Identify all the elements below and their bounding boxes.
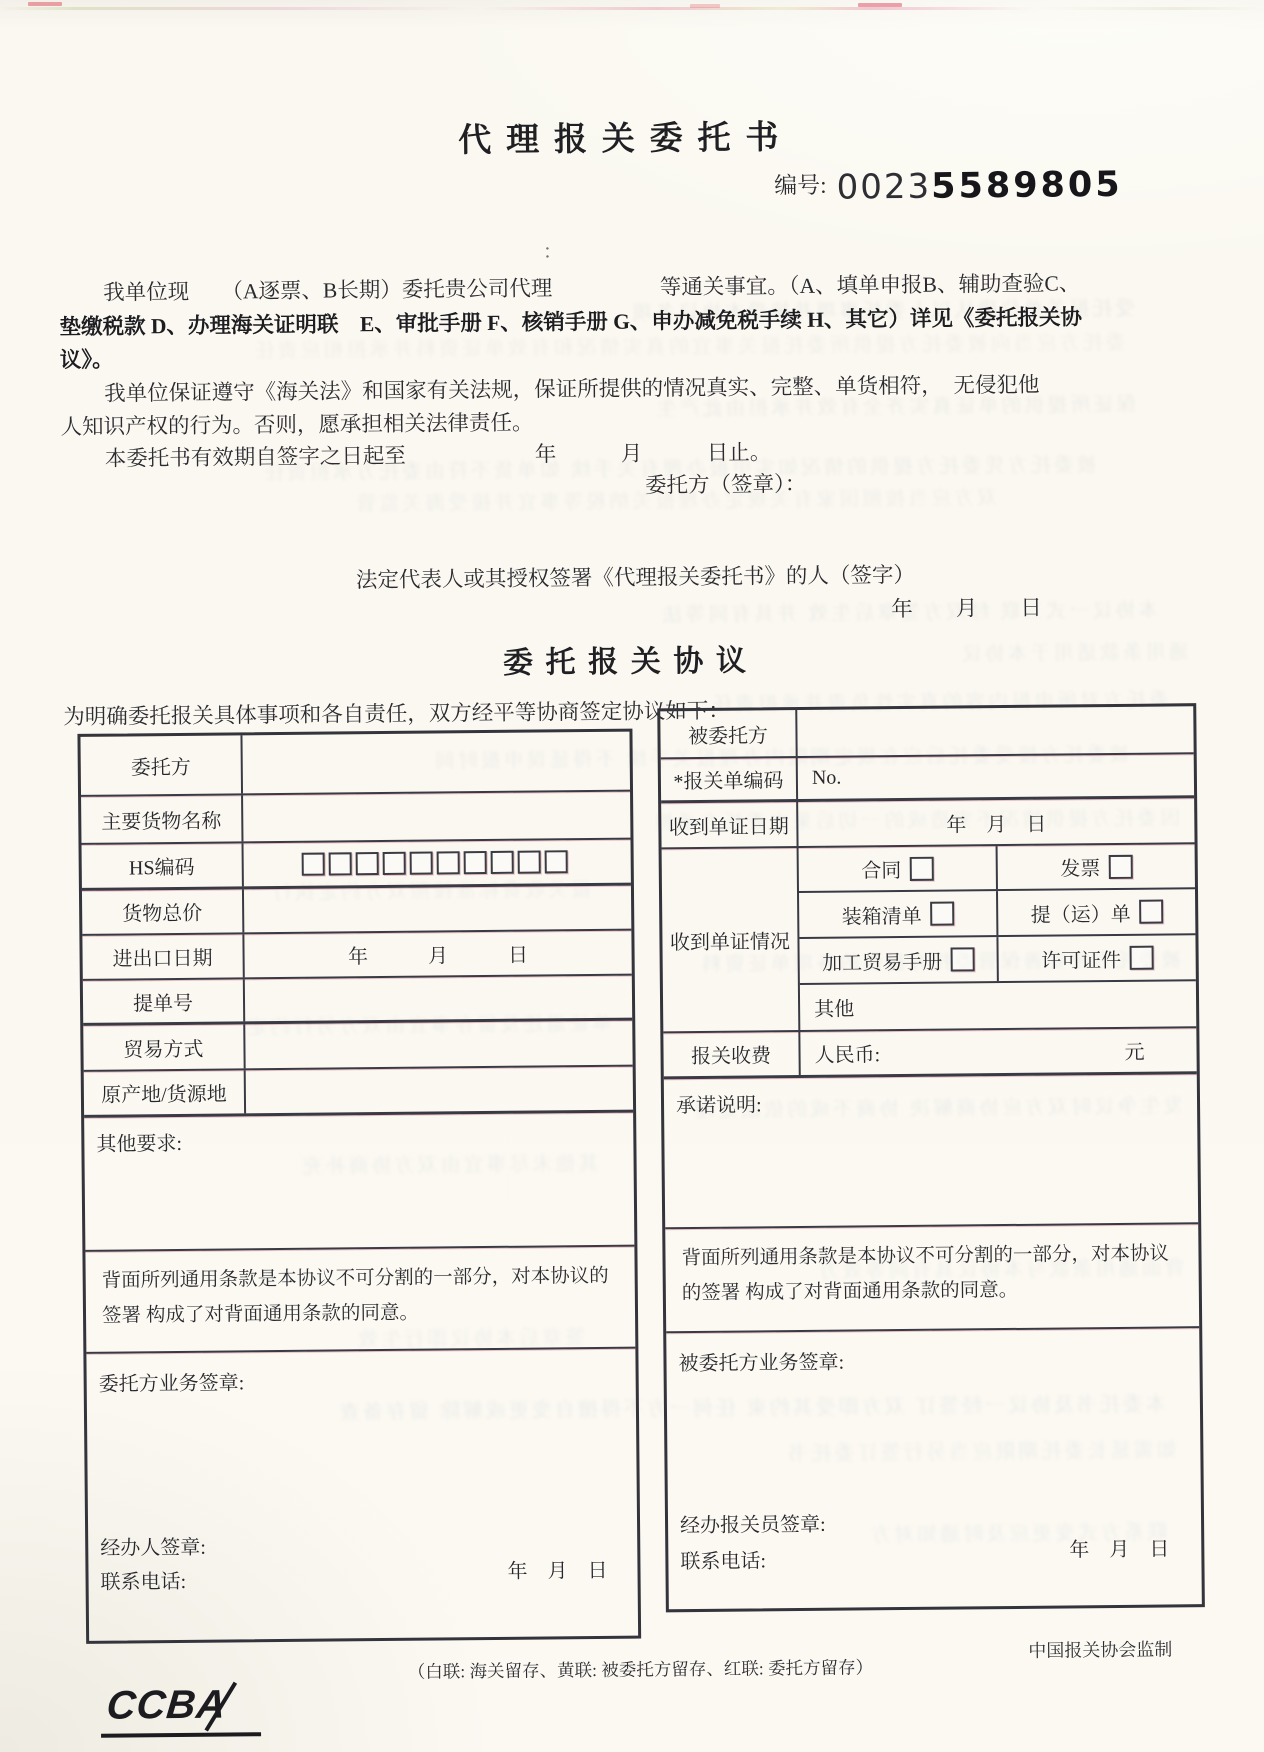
- receive-date-field[interactable]: 年 月 日: [798, 798, 1194, 846]
- client-signature-cell[interactable]: 委托方业务签章: 经办人签章: 联系电话: 年 月 日: [86, 1349, 638, 1647]
- row-label-trade-mode: 贸易方式: [83, 1024, 245, 1070]
- table-row: 委托方: [80, 732, 630, 797]
- doc-option-label: 加工贸易手册: [822, 945, 942, 975]
- other-requirements-label: 其他要求:: [96, 1133, 182, 1156]
- hs-digit-checkbox[interactable]: [464, 851, 487, 874]
- declaration-fee-field[interactable]: 人民币: 元: [800, 1028, 1196, 1075]
- agreement-intro: 为明确委托报关具体事项和各自责任，双方经平等协商签定协议如下：: [63, 694, 730, 731]
- table-row: 收到单证日期 年 月 日: [661, 798, 1194, 849]
- table-row: 货物总价: [82, 886, 631, 936]
- doc-option-license: 许可证件: [998, 935, 1195, 981]
- client-terms-notice: 背面所列通用条款是本协议不可分割的一部分，对本协议的签署 构成了对背面通用条款的…: [85, 1247, 635, 1352]
- agent-business-seal-label: 被委托方业务签章:: [678, 1346, 844, 1377]
- hs-digit-checkbox[interactable]: [545, 850, 568, 873]
- doc-option-other[interactable]: 其他: [800, 981, 1196, 1030]
- preamble-line-1: 我单位现 （A逐票、B长期）委托贵公司代理 等通关事宜。（A、填单申报B、辅助查…: [103, 266, 1080, 306]
- row-label-client: 委托方: [80, 735, 243, 795]
- table-row: 提单号: [83, 976, 632, 1026]
- doc-option-label: 装箱清单: [842, 899, 922, 929]
- table-row: 主要货物名称: [81, 792, 630, 845]
- ccba-logo: CCBA: [101, 1680, 272, 1746]
- document-title: 代理报关委托书: [0, 107, 1258, 166]
- row-label-agent: 被委托方: [660, 710, 797, 757]
- hs-digit-checkbox[interactable]: [356, 852, 379, 875]
- doc-option-processing-manual: 加工贸易手册: [799, 937, 998, 983]
- legal-representative-line: 法定代表人或其授权签署《代理报关委托书》的人（签字）: [356, 558, 915, 594]
- origin-field[interactable]: [246, 1067, 633, 1114]
- ccba-logo-underline: [101, 1732, 261, 1738]
- doc-option-label: 合同: [861, 854, 901, 883]
- preamble-line-3: 议》。: [60, 343, 114, 375]
- table-row: *报关单编码 No.: [661, 754, 1194, 803]
- client-table: 委托方 主要货物名称 HS编码 货物总价: [77, 729, 641, 1644]
- hs-digit-checkbox[interactable]: [518, 850, 541, 873]
- declaration-no-field[interactable]: No.: [798, 754, 1194, 799]
- row-label-goods-name: 主要货物名称: [81, 795, 243, 843]
- doc-option-bill-of-lading: 提（运）单: [998, 889, 1195, 935]
- supervising-body-label: 中国报关协会监制: [1028, 1635, 1172, 1662]
- hs-digit-checkbox[interactable]: [491, 851, 514, 874]
- row-label-documents-received: 收到单证情况: [662, 848, 801, 1031]
- table-row: 进出口日期 年 月 日: [82, 931, 631, 981]
- preamble-line-5: 人知识产权的行为。否则，愿承担相关法律责任。: [60, 406, 533, 442]
- other-requirements-cell[interactable]: 其他要求:: [84, 1113, 634, 1250]
- agent-value-field[interactable]: [797, 706, 1193, 756]
- bill-of-lading-field[interactable]: [245, 976, 632, 1022]
- fee-unit-label: 元: [1124, 1036, 1144, 1065]
- serial-number-prefix: 0023: [836, 167, 931, 208]
- client-business-seal-label: 委托方业务签章:: [99, 1366, 245, 1396]
- hs-digit-checkbox[interactable]: [383, 852, 406, 875]
- total-value-field[interactable]: [244, 886, 631, 933]
- processing-manual-checkbox[interactable]: [950, 947, 974, 971]
- row-label-hs-code: HS编码: [82, 843, 244, 888]
- fee-currency-label: 人民币:: [814, 1038, 880, 1068]
- validity-line: 本委托书有效期自签字之日起至 年 月 日止。: [105, 435, 772, 472]
- table-row: 背面所列通用条款是本协议不可分割的一部分，对本协议的签署 构成了对背面通用条款的…: [85, 1247, 635, 1354]
- promise-note-cell[interactable]: 承诺说明:: [664, 1074, 1198, 1227]
- row-label-origin: 原产地/货源地: [84, 1070, 246, 1115]
- doc-option-label: 提（运）单: [1031, 897, 1131, 927]
- doc-option-label: 许可证件: [1041, 943, 1121, 973]
- hs-digit-checkbox[interactable]: [329, 852, 352, 875]
- import-export-date-field[interactable]: 年 月 日: [244, 931, 631, 978]
- scanned-page: 受托报关单位确认以上委托事项并接受本协议各项条款委托方应当向被委托方提供所委托报…: [0, 0, 1264, 1752]
- row-label-receive-date: 收到单证日期: [661, 802, 798, 847]
- doc-option-contract: 合同: [799, 846, 998, 891]
- table-row: 被委托方: [660, 706, 1193, 759]
- serial-number-line: 编号:00235589805: [774, 164, 1123, 208]
- goods-name-field[interactable]: [243, 792, 630, 842]
- table-row: 报关收费 人民币: 元: [663, 1028, 1196, 1079]
- row-label-import-export-date: 进出口日期: [82, 934, 244, 979]
- serial-number-main: 5589805: [931, 165, 1123, 207]
- preamble-line-4: 我单位保证遵守《海关法》和国家有关法规，保证所提供的情况真实、完整、单货相符， …: [104, 368, 1040, 408]
- license-checkbox[interactable]: [1129, 946, 1153, 970]
- table-row: 收到单证情况 合同 发票 装箱清单 提（运）单 加工贸易手册 许可证件: [662, 844, 1197, 1033]
- preamble-line-2: 垫缴税款 D、办理海关证明联 E、审批手册 F、核销手册 G、申办减免税手续 H…: [59, 300, 1082, 341]
- date-blank: 年 月 日: [507, 1554, 607, 1584]
- row-label-declaration-no: *报关单编码: [661, 758, 798, 800]
- stray-colon-mark: ：: [543, 235, 563, 264]
- serial-label: 编号:: [774, 173, 827, 199]
- row-label-bill-of-lading: 提单号: [83, 979, 245, 1023]
- client-signature-label: 委托方（签章）：: [645, 467, 807, 500]
- table-row: 背面所列通用条款是本协议不可分割的一部分，对本协议的签署 构成了对背面通用条款的…: [665, 1224, 1199, 1333]
- invoice-checkbox[interactable]: [1108, 854, 1132, 878]
- promise-note-label: 承诺说明:: [676, 1094, 762, 1117]
- table-row: 承诺说明:: [664, 1074, 1198, 1229]
- table-row: 委托方业务签章: 经办人签章: 联系电话: 年 月 日: [86, 1349, 638, 1647]
- date-blank: 年 月 日: [1069, 1532, 1169, 1562]
- table-row: 其他要求:: [84, 1113, 634, 1252]
- agreement-title: 委托报关协议: [0, 631, 1263, 687]
- bill-of-lading-checkbox[interactable]: [1139, 900, 1163, 924]
- doc-option-packing-list: 装箱清单: [799, 891, 998, 937]
- client-value-field[interactable]: [242, 732, 630, 794]
- contract-checkbox[interactable]: [909, 856, 933, 880]
- table-row: 原产地/货源地: [84, 1067, 633, 1118]
- table-row: 贸易方式: [83, 1021, 632, 1072]
- declarant-seal-label: 经办报关员签章:: [680, 1508, 826, 1538]
- doc-option-label: 发票: [1060, 852, 1100, 881]
- hs-digit-checkbox[interactable]: [302, 853, 325, 876]
- documents-received-grid: 合同 发票 装箱清单 提（运）单 加工贸易手册 许可证件 其他: [799, 844, 1197, 1030]
- contact-phone-label: 联系电话:: [100, 1565, 186, 1595]
- handler-seal-label: 经办人签章:: [100, 1531, 206, 1561]
- agent-terms-notice: 背面所列通用条款是本协议不可分割的一部分，对本协议的签署 构成了对背面通用条款的…: [665, 1224, 1199, 1331]
- hs-digit-checkbox[interactable]: [410, 852, 433, 875]
- agent-table: 被委托方 *报关单编码 No. 收到单证日期 年 月 日 收到单证情况 合同: [657, 703, 1205, 1612]
- hs-code-field: [244, 840, 631, 887]
- trade-mode-field[interactable]: [245, 1021, 632, 1069]
- contact-phone-label: 联系电话:: [680, 1544, 766, 1574]
- hs-digit-checkbox[interactable]: [437, 851, 460, 874]
- doc-option-invoice: 发票: [998, 844, 1195, 889]
- packing-list-checkbox[interactable]: [930, 902, 954, 926]
- table-row: 被委托方业务签章: 经办报关员签章: 联系电话: 年 月 日: [666, 1328, 1202, 1615]
- row-label-declaration-fee: 报关收费: [663, 1032, 800, 1076]
- row-label-total-value: 货物总价: [82, 889, 244, 934]
- table-row: HS编码: [82, 840, 631, 891]
- signature-date-blank: 年 月 日: [891, 591, 1042, 623]
- agent-signature-cell[interactable]: 被委托方业务签章: 经办报关员签章: 联系电话: 年 月 日: [666, 1328, 1202, 1615]
